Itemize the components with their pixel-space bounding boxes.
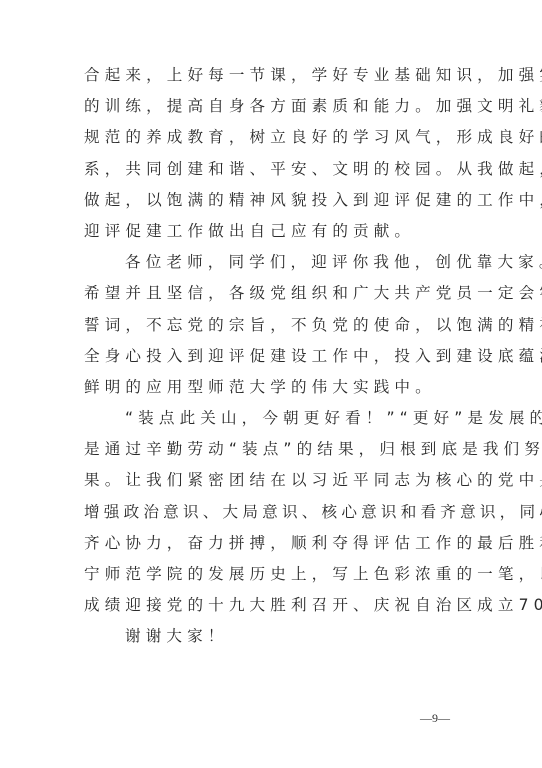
paragraph-start-line: 各位老师，同学们，迎评你我他，创优靠大家。校党委 xyxy=(84,247,464,278)
text-line: 是通过辛勤劳动“装点”的结果，归根到底是我们努力的结 xyxy=(84,434,464,465)
text-line: 迎评促建工作做出自己应有的贡献。 xyxy=(84,216,464,247)
page-number: —9— xyxy=(420,711,450,726)
text-line: 希望并且坚信，各级党组织和广大共产党员一定会牢记入党 xyxy=(84,278,464,309)
text-line: 齐心协力，奋力拼搏，顺利夺得评估工作的最后胜利，在集 xyxy=(84,528,464,559)
document-body: 合起来，上好每一节课，学好专业基础知识，加强实践技能 的训练，提高自身各方面素质… xyxy=(84,60,464,653)
text-line: 系，共同创建和谐、平安、文明的校园。从我做起，从小事 xyxy=(84,154,464,185)
document-page: 合起来，上好每一节课，学好专业基础知识，加强实践技能 的训练，提高自身各方面素质… xyxy=(0,0,542,768)
text-line: 规范的养成教育，树立良好的学习风气，形成良好的人际关 xyxy=(84,122,464,153)
text-line: 鲜明的应用型师范大学的伟大实践中。 xyxy=(84,372,464,403)
text-line: 做起，以饱满的精神风貌投入到迎评促建的工作中，为学校 xyxy=(84,185,464,216)
text-line: 全身心投入到迎评促建设工作中，投入到建设底蕴深厚特色 xyxy=(84,341,464,372)
closing-line: 谢谢大家！ xyxy=(84,621,464,652)
paragraph-start-line: “装点此关山，今朝更好看！”“更好”是发展的结果， xyxy=(84,403,464,434)
text-line: 誓词，不忘党的宗旨，不负党的使命，以饱满的精神状态， xyxy=(84,310,464,341)
text-line: 成绩迎接党的十九大胜利召开、庆祝自治区成立70周年！ xyxy=(84,590,464,621)
text-line: 宁师范学院的发展历史上，写上色彩浓重的一笔，以优异的 xyxy=(84,559,464,590)
text-line: 合起来，上好每一节课，学好专业基础知识，加强实践技能 xyxy=(84,60,464,91)
text-line: 的训练，提高自身各方面素质和能力。加强文明礼貌和道德 xyxy=(84,91,464,122)
text-line: 果。让我们紧密团结在以习近平同志为核心的党中央周围， xyxy=(84,465,464,496)
text-line: 增强政治意识、大局意识、核心意识和看齐意识，同心同德， xyxy=(84,497,464,528)
